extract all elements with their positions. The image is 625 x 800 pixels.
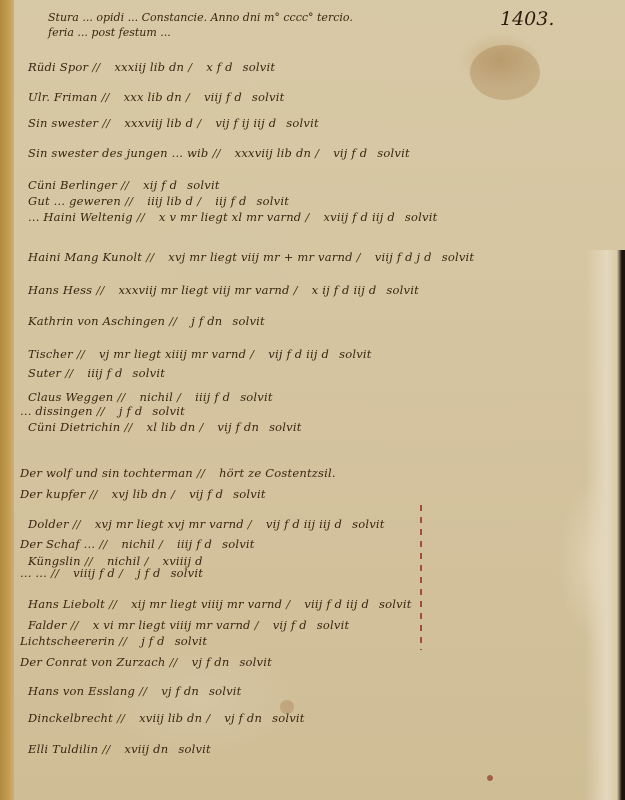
taxpayer-name: Tischer: [28, 347, 73, 361]
paid-status: solvit: [379, 597, 412, 611]
ledger-entry: Rüdi Spor//xxxiij lib dn/x f dsolvit: [28, 60, 275, 74]
assessed-amount: nichil: [121, 537, 155, 551]
tax-payment: vij f d: [189, 487, 223, 501]
tax-payment: xviij f d iij d: [323, 210, 394, 224]
separator: /: [177, 390, 181, 404]
paid-status: solvit: [222, 537, 255, 551]
tax-payment: viij f d iij d: [304, 597, 369, 611]
separator: //: [125, 194, 133, 208]
taxpayer-name: Suter: [28, 366, 61, 380]
paid-status: solvit: [442, 250, 475, 264]
ledger-entry: Suter//iiij f dsolvit: [28, 366, 165, 380]
tax-payment: viij f d: [204, 90, 242, 104]
ledger-entry: Cüni Berlinger//xij f dsolvit: [28, 178, 220, 192]
ledger-entry: Elli Tuldilin//xviij dnsolvit: [28, 742, 211, 756]
ledger-entry: Ulr. Friman//xxx lib dn/viij f dsolvit: [28, 90, 284, 104]
separator: //: [197, 466, 205, 480]
tax-payment: iiij f d: [177, 537, 212, 551]
separator: /: [197, 194, 201, 208]
paid-status: solvit: [352, 517, 385, 531]
separator: //: [92, 60, 100, 74]
paid-status: solvit: [252, 90, 285, 104]
assessed-amount: xxxviij lib dn: [235, 146, 311, 160]
taxpayer-name: Hans von Esslang: [28, 684, 135, 698]
taxpayer-name: Cüni Dietrichin: [28, 420, 120, 434]
paid-status: solvit: [232, 314, 265, 328]
red-ink-mark: [420, 505, 422, 650]
assessed-amount: hört ze Costentzsil.: [219, 466, 336, 480]
separator: //: [124, 420, 132, 434]
assessed-amount: xxx lib dn: [124, 90, 182, 104]
tax-payment: vij f d iij d: [268, 347, 329, 361]
separator: /: [250, 347, 254, 361]
separator: //: [117, 711, 125, 725]
torn-right-edge: [585, 250, 625, 800]
separator: /: [206, 711, 210, 725]
tax-payment: vij f d: [333, 146, 367, 160]
ledger-entry: Haini Mang Kunolt//xvj mr liegt viij mr …: [28, 250, 474, 264]
tax-payment: iiij f d: [195, 390, 230, 404]
separator: /: [294, 283, 298, 297]
separator: /: [305, 210, 309, 224]
taxpayer-name: Der wolf und sin tochterman: [20, 466, 193, 480]
assessed-amount: j f dn: [191, 314, 222, 328]
separator: //: [73, 517, 81, 531]
separator: /: [255, 618, 259, 632]
assessed-amount: x v mr liegt xl mr varnd: [159, 210, 301, 224]
ledger-entry: Der wolf und sin tochterman//hört ze Cos…: [20, 466, 336, 480]
paid-status: solvit: [243, 60, 276, 74]
assessed-amount: xvj lib dn: [112, 487, 167, 501]
ledger-entry: Hans Hess//xxxviij mr liegt viij mr varn…: [28, 283, 419, 297]
tax-payment: vij f d: [273, 618, 307, 632]
ledger-entry: ... ...//viiij f d/j f dsolvit: [20, 566, 203, 580]
taxpayer-name: Claus Weggen: [28, 390, 113, 404]
tax-payment: vj f dn: [224, 711, 262, 725]
assessed-amount: viiij f d: [73, 566, 115, 580]
assessed-amount: nichil: [139, 390, 173, 404]
ledger-entry: Claus Weggen//nichil/iiij f dsolvit: [28, 390, 273, 404]
taxpayer-name: Der Conrat von Zurzach: [20, 655, 165, 669]
taxpayer-name: ... Haini Weltenig: [28, 210, 133, 224]
separator: //: [109, 597, 117, 611]
separator: /: [248, 517, 252, 531]
separator: /: [119, 566, 123, 580]
ledger-entry: Hans von Esslang//vj f dnsolvit: [28, 684, 242, 698]
header-line-2: feria ... post festum ...: [48, 26, 171, 39]
taxpayer-name: ... ...: [20, 566, 47, 580]
assessed-amount: x vi mr liegt viiij mr varnd: [93, 618, 251, 632]
paid-status: solvit: [386, 283, 419, 297]
taxpayer-name: ... dissingen: [20, 404, 93, 418]
taxpayer-name: Kathrin von Aschingen: [28, 314, 165, 328]
tax-payment: vij f dn: [217, 420, 259, 434]
taxpayer-name: Lichtscheererin: [20, 634, 115, 648]
paid-status: solvit: [209, 684, 242, 698]
separator: /: [199, 420, 203, 434]
paid-status: solvit: [171, 566, 204, 580]
taxpayer-name: Sin swester: [28, 116, 98, 130]
taxpayer-name: Haini Mang Kunolt: [28, 250, 142, 264]
separator: /: [286, 597, 290, 611]
ledger-entry: Tischer//vj mr liegt xiiij mr varnd/vij …: [28, 347, 372, 361]
tax-payment: iij f d: [215, 194, 246, 208]
paid-status: solvit: [272, 711, 305, 725]
separator: //: [99, 537, 107, 551]
ledger-entry: Kathrin von Aschingen//j f dnsolvit: [28, 314, 265, 328]
taxpayer-name: Ulr. Friman: [28, 90, 97, 104]
separator: /: [186, 90, 190, 104]
separator: //: [169, 314, 177, 328]
taxpayer-name: Gut ... geweren: [28, 194, 121, 208]
separator: //: [97, 404, 105, 418]
manuscript-page: Stura ... opidi ... Constancie. Anno dni…: [0, 0, 625, 800]
taxpayer-name: Sin swester des jungen ... wib: [28, 146, 209, 160]
separator: /: [188, 60, 192, 74]
separator: //: [96, 283, 104, 297]
assessed-amount: xvj mr liegt xvj mr varnd: [95, 517, 244, 531]
separator: /: [315, 146, 319, 160]
paid-status: solvit: [239, 655, 272, 669]
stain: [470, 45, 540, 100]
ledger-entry: ... Haini Weltenig//x v mr liegt xl mr v…: [28, 210, 437, 224]
assessed-amount: xxxviij lib d: [124, 116, 193, 130]
separator: /: [357, 250, 361, 264]
taxpayer-name: Der Schaf ...: [20, 537, 95, 551]
paid-status: solvit: [317, 618, 350, 632]
assessed-amount: iiij f d: [87, 366, 122, 380]
paid-status: solvit: [405, 210, 438, 224]
assessed-amount: vj f dn: [192, 655, 230, 669]
assessed-amount: xij mr liegt viiij mr varnd: [131, 597, 282, 611]
separator: //: [146, 250, 154, 264]
separator: /: [197, 116, 201, 130]
tax-payment: vij f d iij iij d: [266, 517, 342, 531]
tax-payment: x f d: [206, 60, 232, 74]
paid-status: solvit: [152, 404, 185, 418]
assessed-amount: xviij dn: [124, 742, 168, 756]
separator: //: [51, 566, 59, 580]
assessed-amount: xviij lib dn: [139, 711, 202, 725]
paid-status: solvit: [233, 487, 266, 501]
taxpayer-name: Hans Liebolt: [28, 597, 105, 611]
separator: //: [213, 146, 221, 160]
assessed-amount: j f d: [141, 634, 165, 648]
separator: //: [119, 634, 127, 648]
tax-payment: x ij f d iij d: [312, 283, 377, 297]
assessed-amount: xxxviij mr liegt viij mr varnd: [118, 283, 289, 297]
ledger-entry: Cüni Dietrichin//xl lib dn/vij f dnsolvi…: [28, 420, 302, 434]
ledger-entry: Sin swester//xxxviij lib d/vij f ij iij …: [28, 116, 319, 130]
taxpayer-name: Dinckelbrecht: [28, 711, 113, 725]
year-annotation: 1403.: [500, 8, 554, 30]
assessed-amount: xij f d: [143, 178, 177, 192]
ledger-entry: Der Schaf ...//nichil/iiij f dsolvit: [20, 537, 255, 551]
ledger-entry: Hans Liebolt//xij mr liegt viiij mr varn…: [28, 597, 412, 611]
ledger-entry: Lichtscheererin//j f dsolvit: [20, 634, 207, 648]
taxpayer-name: Hans Hess: [28, 283, 92, 297]
assessed-amount: xl lib dn: [147, 420, 196, 434]
taxpayer-name: Falder: [28, 618, 67, 632]
separator: //: [71, 618, 79, 632]
separator: //: [169, 655, 177, 669]
taxpayer-name: Elli Tuldilin: [28, 742, 98, 756]
paid-status: solvit: [175, 634, 208, 648]
assessed-amount: xxxiij lib dn: [114, 60, 184, 74]
ledger-entry: Dinckelbrecht//xviij lib dn/vj f dnsolvi…: [28, 711, 305, 725]
stain: [487, 775, 493, 781]
assessed-amount: vj mr liegt xiiij mr varnd: [99, 347, 246, 361]
header-line-1: Stura ... opidi ... Constancie. Anno dni…: [48, 11, 353, 24]
paid-status: solvit: [257, 194, 290, 208]
assessed-amount: iiij lib d: [147, 194, 193, 208]
separator: //: [121, 178, 129, 192]
paid-status: solvit: [377, 146, 410, 160]
ledger-entry: Der Conrat von Zurzach//vj f dnsolvit: [20, 655, 272, 669]
ledger-entry: Gut ... geweren//iiij lib d/iij f dsolvi…: [28, 194, 289, 208]
ledger-entry: Der kupfer//xvj lib dn/vij f dsolvit: [20, 487, 266, 501]
separator: //: [89, 487, 97, 501]
separator: //: [101, 90, 109, 104]
tax-payment: vij f ij iij d: [215, 116, 276, 130]
ledger-entry: Dolder//xvj mr liegt xvj mr varnd/vij f …: [28, 517, 385, 531]
separator: //: [77, 347, 85, 361]
ledger-entry: ... dissingen//j f dsolvit: [20, 404, 185, 418]
separator: //: [102, 742, 110, 756]
separator: //: [65, 366, 73, 380]
paid-status: solvit: [133, 366, 166, 380]
separator: /: [171, 487, 175, 501]
assessed-amount: xvj mr liegt viij mr + mr varnd: [168, 250, 352, 264]
separator: //: [137, 210, 145, 224]
paid-status: solvit: [339, 347, 372, 361]
binding-strip: [0, 0, 14, 800]
ledger-entry: Falder//x vi mr liegt viiij mr varnd/vij…: [28, 618, 349, 632]
taxpayer-name: Rüdi Spor: [28, 60, 88, 74]
assessed-amount: vj f dn: [161, 684, 199, 698]
taxpayer-name: Dolder: [28, 517, 69, 531]
paid-status: solvit: [240, 390, 273, 404]
separator: //: [102, 116, 110, 130]
paid-status: solvit: [269, 420, 302, 434]
taxpayer-name: Der kupfer: [20, 487, 85, 501]
ledger-entry: Sin swester des jungen ... wib//xxxviij …: [28, 146, 410, 160]
paid-status: solvit: [286, 116, 319, 130]
taxpayer-name: Cüni Berlinger: [28, 178, 117, 192]
separator: //: [117, 390, 125, 404]
separator: //: [139, 684, 147, 698]
separator: /: [159, 537, 163, 551]
paid-status: solvit: [187, 178, 220, 192]
assessed-amount: j f d: [119, 404, 143, 418]
paid-status: solvit: [178, 742, 211, 756]
tax-payment: viij f d j d: [375, 250, 432, 264]
tax-payment: j f d: [137, 566, 161, 580]
